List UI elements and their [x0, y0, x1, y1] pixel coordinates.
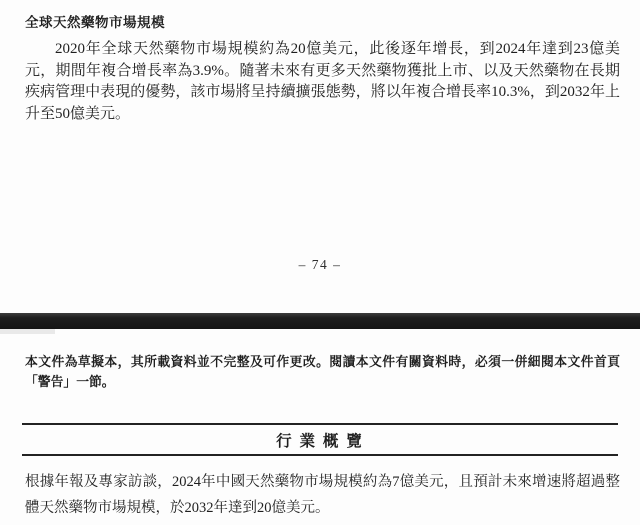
industry-overview-title-block: 行 業 概 覽 [22, 423, 618, 456]
global-market-paragraph: 2020年全球天然藥物市場規模約為20億美元，此後逐年增長，到2024年達到23… [25, 39, 620, 125]
draft-disclaimer: 本文件為草擬本，其所載資料並不完整及可作更改。閱讀本文件有關資料時，必須一併細閱… [25, 352, 620, 392]
industry-overview-title-text: 行 業 概 覽 [276, 429, 364, 451]
prospectus-page: 全球天然藥物市場規模 2020年全球天然藥物市場規模約為20億美元，此後逐年增長… [0, 0, 640, 525]
black-separator-bar [0, 313, 640, 329]
page-number: – 74 – [0, 257, 640, 273]
global-market-heading: 全球天然藥物市場規模 [25, 11, 165, 31]
china-market-paragraph: 根據年報及專家訪談，2024年中國天然藥物市場規模約為7億美元，且預計未來增速將… [25, 469, 620, 521]
bar-shadow-artifact [0, 329, 55, 334]
